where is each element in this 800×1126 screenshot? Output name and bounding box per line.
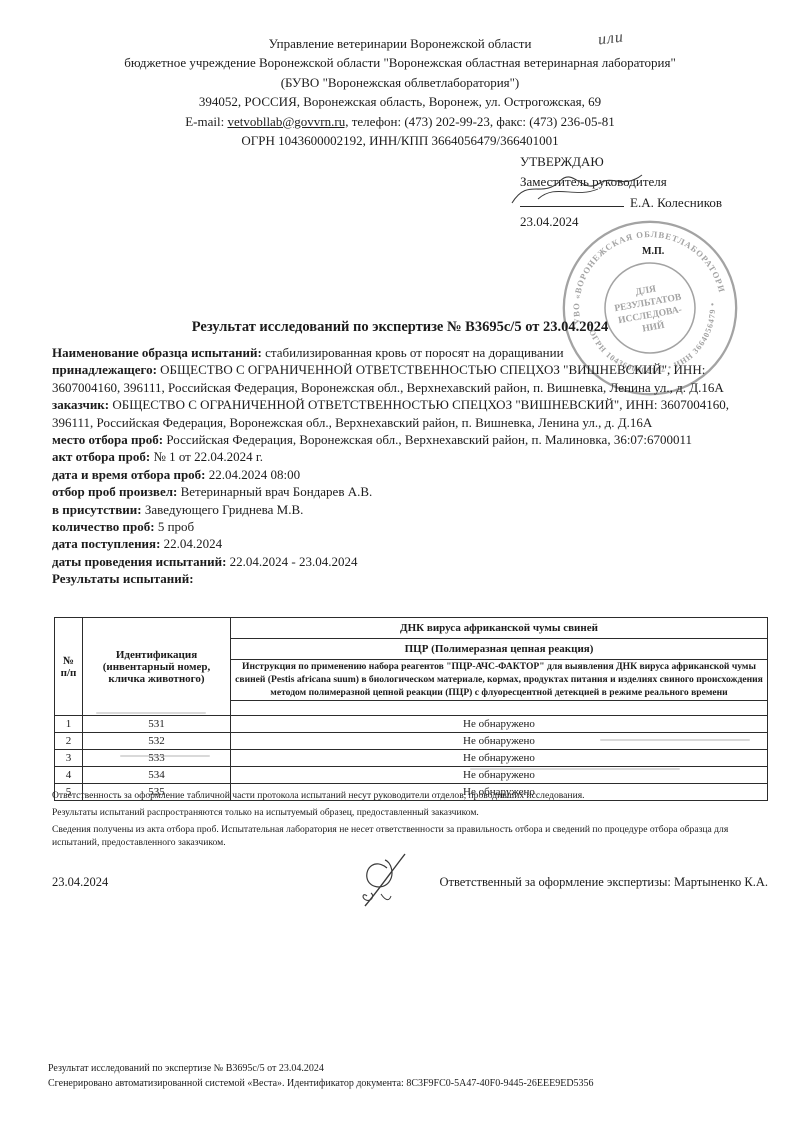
handwritten-mark: или [597,28,625,49]
document-fields: Наименование образца испытаний: стабилиз… [52,344,770,588]
field-sampler: отбор проб произвел: Ветеринарный врач Б… [52,483,770,500]
org-address: 394052, РОССИЯ, Воронежская область, Вор… [0,92,800,111]
disclaimer-notes: Ответственность за оформление табличной … [52,789,768,853]
field-witness: в присутствии: Заведующего Гриднева М.В. [52,501,770,518]
col-header-id: Идентификация (инвентарный номер, кличка… [83,618,231,716]
field-customer: заказчик: ОБЩЕСТВО С ОГРАНИЧЕННОЙ ОТВЕТС… [52,396,770,431]
scan-artifact [600,739,750,741]
signature-line [520,191,624,207]
table-row: 1 531 Не обнаружено [55,716,768,733]
field-receipt-date: дата поступления: 22.04.2024 [52,535,770,552]
footer-generated-by: Сгенерировано автоматизированной системо… [48,1076,768,1091]
field-sample-name: Наименование образца испытаний: стабилиз… [52,344,770,361]
field-sampling-datetime: дата и время отбора проб: 22.04.2024 08:… [52,466,770,483]
org-ogrn-inn: ОГРН 1043600002192, ИНН/КПП 3664056479/3… [0,131,800,150]
row-num: 1 [55,716,83,733]
field-owner: принадлежащего: ОБЩЕСТВО С ОГРАНИЧЕННОЙ … [52,361,770,396]
row-num: 3 [55,750,83,767]
row-result: Не обнаружено [231,750,768,767]
row-num: 2 [55,733,83,750]
field-sampling-act: акт отбора проб: № 1 от 22.04.2024 г. [52,448,770,465]
table-row: 2 532 Не обнаружено [55,733,768,750]
table-row: 3 533 Не обнаружено [55,750,768,767]
email-label: E-mail: [185,114,224,129]
row-result: Не обнаружено [231,716,768,733]
signoff-date: 23.04.2024 [52,875,108,890]
col-header-num: № п/п [55,618,83,716]
page-title: Результат исследований по экспертизе № В… [0,319,800,336]
scan-artifact [120,755,210,757]
row-id: 534 [83,767,231,784]
note-sampling-info: Сведения получены из акта отбора проб. И… [52,823,768,849]
page-footer: Результат исследований по экспертизе № В… [48,1061,768,1091]
signoff-row: 23.04.2024 Ответственный за оформление э… [52,862,768,912]
org-department: Управление ветеринарии Воронежской облас… [0,34,800,53]
field-sampling-place: место отбора проб: Российская Федерация,… [52,431,770,448]
table-group-header-dna: ДНК вируса африканской чумы свиней [231,618,768,639]
row-id: 533 [83,750,231,767]
signoff-text: Ответственный за оформление экспертизы: … [439,875,768,890]
phone-fax: телефон: (473) 202-99-23, факс: (473) 23… [352,114,615,129]
approve-label: УТВЕРЖДАЮ [520,152,722,172]
note-scope: Результаты испытаний распространяются то… [52,806,768,819]
field-test-dates: даты проведения испытаний: 22.04.2024 - … [52,553,770,570]
row-result: Не обнаружено [231,733,768,750]
table-group-header-pcr: ПЦР (Полимеразная цепная реакция) [231,639,768,660]
table-method-cell: Инструкция по применению набора реагенто… [231,660,768,701]
org-name-short: (БУВО "Воронежская облветлаборатория") [0,73,800,92]
table-empty-cell [231,701,768,716]
field-results-label: Результаты испытаний: [52,570,770,587]
footer-expertise-ref: Результат исследований по экспертизе № В… [48,1061,768,1076]
email-link[interactable]: vetvobllab@govvrn.ru, [227,114,348,129]
note-responsibility: Ответственность за оформление табличной … [52,789,768,802]
field-sample-count: количество проб: 5 проб [52,518,770,535]
results-table: № п/п Идентификация (инвентарный номер, … [54,617,768,801]
approver-position: Заместитель руководителя [520,172,722,192]
letterhead: Управление ветеринарии Воронежской облас… [0,34,800,150]
row-id: 531 [83,716,231,733]
org-name-full: бюджетное учреждение Воронежской области… [0,53,800,72]
org-contacts: E-mail: vetvobllab@govvrn.ru, телефон: (… [0,112,800,131]
martynenko-signature-icon [357,850,417,912]
row-num: 4 [55,767,83,784]
scan-artifact [96,712,206,714]
document-page: Управление ветеринарии Воронежской облас… [0,0,800,1126]
scan-artifact [470,768,680,770]
row-id: 532 [83,733,231,750]
